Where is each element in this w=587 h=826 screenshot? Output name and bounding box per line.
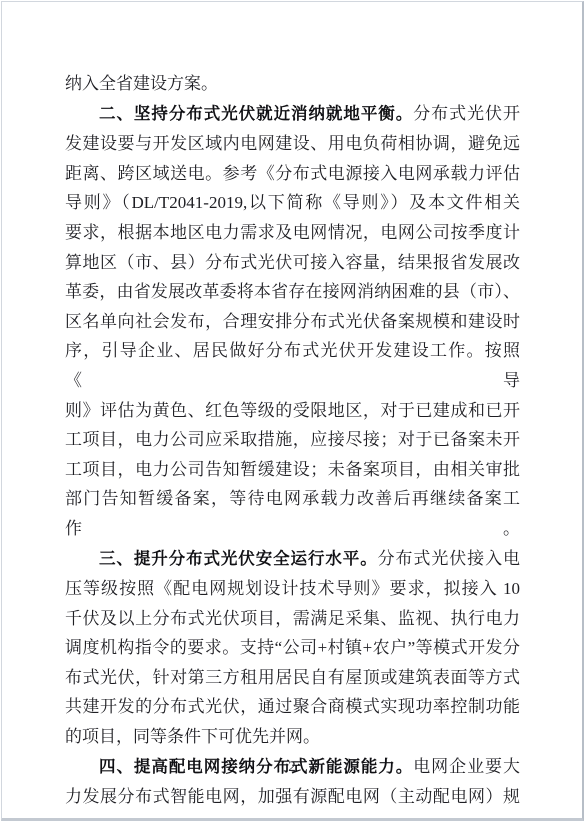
body-text: 调度机构指令的要求。支持“公司+村镇+农户”等模式开发分 (65, 638, 520, 657)
text-line: 的项目，同等条件下可优先并网。 (65, 722, 520, 752)
body-text: 工项目，电力公司应采取措施，应接尽接；对于已备案未开 (65, 430, 520, 449)
page-number: 2 (2, 759, 582, 776)
text-line: 则》评估为黄色、红色等级的受限地区，对于已建成和已开 (65, 396, 520, 426)
text-line: 距离、跨区域送电。参考《分布式电源接入电网承载力评估 (65, 159, 520, 189)
body-text: 要求，根据本地区电力需求及电网情况，电网公司按季度计 (65, 223, 520, 242)
body-text: 共建开发的分布式光伏，通过聚合商模式实现功率控制功能 (65, 697, 520, 716)
body-text: 区名单向社会发布，合理安排分布式光伏备案规模和建设时 (65, 312, 520, 331)
text-line: 千伏及以上分布式光伏项目，需满足采集、监视、执行电力 (65, 604, 520, 634)
body-text: 压等级按照《配电网规划设计技术导则》要求，拟接入 10 (65, 579, 520, 598)
body-text: 分布式光伏开 (413, 104, 520, 123)
text-line: 要求，根据本地区电力需求及电网情况，电网公司按季度计 (65, 218, 520, 248)
document-page: 纳入全省建设方案。二、坚持分布式光伏就近消纳就地平衡。分布式光伏开发建设要与开发… (1, 1, 584, 821)
text-line: 布式光伏，针对第三方租用居民自有屋顶或建筑表面等方式 (65, 663, 520, 693)
body-text: 则》评估为黄色、红色等级的受限地区，对于已建成和已开 (65, 401, 520, 420)
body-text: 千伏及以上分布式光伏项目，需满足采集、监视、执行电力 (65, 609, 520, 628)
text-line: 工项目，电力公司应采取措施，应接尽接；对于已备案未开 (65, 425, 520, 455)
text-line: 压等级按照《配电网规划设计技术导则》要求，拟接入 10 (65, 574, 520, 604)
body-text: 布式光伏，针对第三方租用居民自有屋顶或建筑表面等方式 (65, 668, 520, 687)
document-body: 纳入全省建设方案。二、坚持分布式光伏就近消纳就地平衡。分布式光伏开发建设要与开发… (65, 69, 520, 812)
body-text: 分布式光伏接入电 (378, 549, 520, 568)
body-text: 距离、跨区域送电。参考《分布式电源接入电网承载力评估 (65, 164, 520, 183)
text-line: 发建设要与开发区域内电网建设、用电负荷相协调，避免远 (65, 129, 520, 159)
text-line: 力发展分布式智能电网，加强有源配电网（主动配电网）规 (65, 782, 520, 812)
text-line: 二、坚持分布式光伏就近消纳就地平衡。分布式光伏开 (65, 99, 520, 130)
body-text: 的项目，同等条件下可优先并网。 (65, 727, 320, 746)
body-text: 发建设要与开发区域内电网建设、用电负荷相协调，避免远 (65, 134, 520, 153)
body-text: 力发展分布式智能电网，加强有源配电网（主动配电网）规 (65, 787, 520, 806)
text-line: 部门告知暂缓备案，等待电网承载力改善后再继续备案工作。 (65, 484, 520, 543)
body-text: 工项目，电力公司告知暂缓建设；未备案项目，由相关审批 (65, 460, 520, 479)
section-heading-text: 二、坚持分布式光伏就近消纳就地平衡。 (99, 105, 413, 123)
text-line: 革委，由省发展改革委将本省存在接网消纳困难的县（市）、 (65, 277, 520, 307)
text-line: 序，引导企业、居民做好分布式光伏开发建设工作。按照《导 (65, 336, 520, 395)
text-line: 调度机构指令的要求。支持“公司+村镇+农户”等模式开发分 (65, 633, 520, 663)
text-line: 区名单向社会发布，合理安排分布式光伏备案规模和建设时 (65, 307, 520, 337)
body-text: 部门告知暂缓备案，等待电网承载力改善后再继续备案工作。 (65, 489, 520, 538)
section-heading-text: 三、提升分布式光伏安全运行水平。 (99, 550, 378, 568)
text-line: 纳入全省建设方案。 (65, 69, 520, 99)
text-line: 导则》（DL/T2041-2019,以下简称《导则》）及本文件相关 (65, 188, 520, 218)
text-line: 三、提升分布式光伏安全运行水平。分布式光伏接入电 (65, 544, 520, 575)
body-text: 序，引导企业、居民做好分布式光伏开发建设工作。按照《导 (65, 341, 520, 390)
body-text: 算地区（市、县）分布式光伏可接入容量，结果报省发展改 (65, 253, 520, 272)
text-line: 算地区（市、县）分布式光伏可接入容量，结果报省发展改 (65, 248, 520, 278)
body-text: 导则》（DL/T2041-2019,以下简称《导则》）及本文件相关 (65, 193, 520, 212)
text-line: 工项目，电力公司告知暂缓建设；未备案项目，由相关审批 (65, 455, 520, 485)
body-text: 纳入全省建设方案。 (65, 74, 218, 93)
body-text: 革委，由省发展改革委将本省存在接网消纳困难的县（市）、 (65, 282, 520, 301)
text-line: 共建开发的分布式光伏，通过聚合商模式实现功率控制功能 (65, 692, 520, 722)
